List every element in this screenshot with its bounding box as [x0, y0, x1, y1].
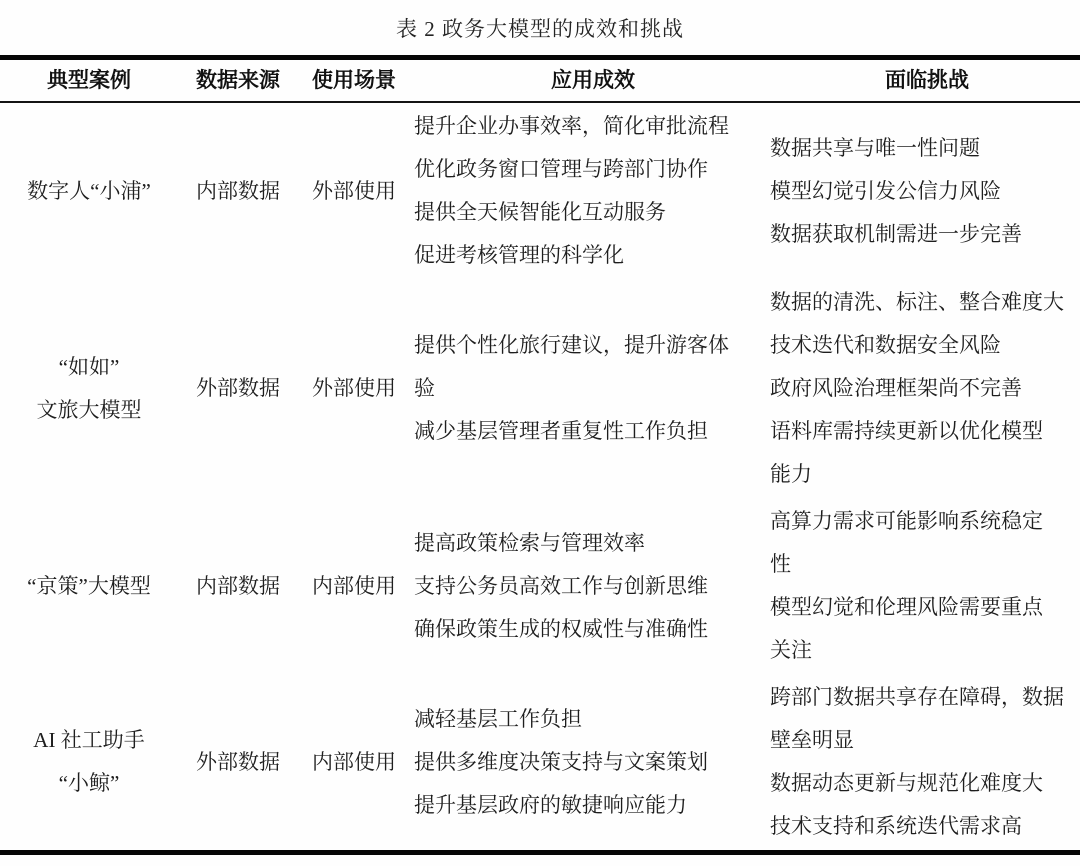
- cell-data-source: 内部数据: [178, 105, 298, 277]
- column-header-source: 数据来源: [178, 65, 298, 95]
- text-line: 性: [770, 543, 1080, 586]
- text-line: 文旅大模型: [0, 389, 178, 432]
- table-row: 数字人“小浦”内部数据外部使用提升企业办事效率，简化审批流程优化政务窗口管理与跨…: [0, 103, 1080, 279]
- text-line: 内部使用: [298, 741, 410, 784]
- column-header-scene: 使用场景: [298, 65, 410, 95]
- table-body: 数字人“小浦”内部数据外部使用提升企业办事效率，简化审批流程优化政务窗口管理与跨…: [0, 103, 1080, 850]
- text-line: 提供全天候智能化互动服务: [414, 191, 768, 234]
- cell-usage-scenario: 外部使用: [298, 281, 410, 496]
- cell-typical-case: AI 社工助手“小鲸”: [0, 676, 178, 848]
- text-line: 提供多维度决策支持与文案策划: [414, 741, 768, 784]
- text-line: “如如”: [0, 346, 178, 389]
- text-line: 确保政策生成的权威性与准确性: [414, 608, 768, 651]
- text-line: 外部使用: [298, 170, 410, 213]
- text-line: 能力: [770, 453, 1080, 496]
- text-line: 跨部门数据共享存在障碍，数据: [770, 676, 1080, 719]
- text-line: 模型幻觉引发公信力风险: [770, 170, 1080, 213]
- text-line: 支持公务员高效工作与创新思维: [414, 565, 768, 608]
- text-line: 数据的清洗、标注、整合难度大: [770, 281, 1080, 324]
- cell-typical-case: “京策”大模型: [0, 500, 178, 672]
- text-line: 技术迭代和数据安全风险: [770, 324, 1080, 367]
- cell-application-effects: 减轻基层工作负担提供多维度决策支持与文案策划提升基层政府的敏捷响应能力: [410, 676, 768, 848]
- column-header-challenges: 面临挑战: [772, 65, 1080, 95]
- cell-data-source: 外部数据: [178, 676, 298, 848]
- text-line: 外部数据: [178, 741, 298, 784]
- cell-application-effects: 提高政策检索与管理效率支持公务员高效工作与创新思维确保政策生成的权威性与准确性: [410, 500, 768, 672]
- cell-typical-case: 数字人“小浦”: [0, 105, 178, 277]
- column-header-effects: 应用成效: [410, 65, 772, 95]
- cell-challenges: 数据的清洗、标注、整合难度大技术迭代和数据安全风险政府风险治理框架尚不完善语料库…: [768, 281, 1080, 496]
- text-line: 语料库需持续更新以优化模型: [770, 410, 1080, 453]
- cell-data-source: 内部数据: [178, 500, 298, 672]
- text-line: 内部数据: [178, 565, 298, 608]
- text-line: 外部数据: [178, 367, 298, 410]
- text-line: 壁垒明显: [770, 719, 1080, 762]
- text-line: “小鲸”: [0, 762, 178, 805]
- cell-challenges: 跨部门数据共享存在障碍，数据壁垒明显数据动态更新与规范化难度大技术支持和系统迭代…: [768, 676, 1080, 848]
- table-title: 表 2 政务大模型的成效和挑战: [0, 0, 1080, 55]
- text-line: 验: [414, 367, 768, 410]
- text-line: 内部数据: [178, 170, 298, 213]
- text-line: 关注: [770, 629, 1080, 672]
- text-line: 数据获取机制需进一步完善: [770, 213, 1080, 256]
- cell-typical-case: “如如”文旅大模型: [0, 281, 178, 496]
- data-table: 典型案例数据来源使用场景应用成效面临挑战 数字人“小浦”内部数据外部使用提升企业…: [0, 55, 1080, 855]
- header-row: 典型案例数据来源使用场景应用成效面临挑战: [0, 60, 1080, 103]
- text-line: 政府风险治理框架尚不完善: [770, 367, 1080, 410]
- text-line: 优化政务窗口管理与跨部门协作: [414, 148, 768, 191]
- document-page: 表 2 政务大模型的成效和挑战 典型案例数据来源使用场景应用成效面临挑战 数字人…: [0, 0, 1080, 866]
- cell-challenges: 高算力需求可能影响系统稳定性模型幻觉和伦理风险需要重点关注: [768, 500, 1080, 672]
- text-line: 高算力需求可能影响系统稳定: [770, 500, 1080, 543]
- text-line: 模型幻觉和伦理风险需要重点: [770, 586, 1080, 629]
- table-row: AI 社工助手“小鲸”外部数据内部使用减轻基层工作负担提供多维度决策支持与文案策…: [0, 674, 1080, 850]
- text-line: 提升企业办事效率，简化审批流程: [414, 105, 768, 148]
- text-line: 促进考核管理的科学化: [414, 234, 768, 277]
- text-line: 数据共享与唯一性问题: [770, 127, 1080, 170]
- cell-application-effects: 提升企业办事效率，简化审批流程优化政务窗口管理与跨部门协作提供全天候智能化互动服…: [410, 105, 768, 277]
- text-line: “京策”大模型: [0, 565, 178, 608]
- text-line: 外部使用: [298, 367, 410, 410]
- text-line: 提高政策检索与管理效率: [414, 522, 768, 565]
- text-line: 数据动态更新与规范化难度大: [770, 762, 1080, 805]
- text-line: 提供个性化旅行建议，提升游客体: [414, 324, 768, 367]
- cell-usage-scenario: 内部使用: [298, 676, 410, 848]
- table-row: “如如”文旅大模型外部数据外部使用提供个性化旅行建议，提升游客体验减少基层管理者…: [0, 279, 1080, 498]
- text-line: 内部使用: [298, 565, 410, 608]
- text-line: 数字人“小浦”: [0, 170, 178, 213]
- cell-application-effects: 提供个性化旅行建议，提升游客体验减少基层管理者重复性工作负担: [410, 281, 768, 496]
- cell-data-source: 外部数据: [178, 281, 298, 496]
- text-line: 减轻基层工作负担: [414, 698, 768, 741]
- text-line: 技术支持和系统迭代需求高: [770, 805, 1080, 848]
- cell-usage-scenario: 外部使用: [298, 105, 410, 277]
- text-line: 减少基层管理者重复性工作负担: [414, 410, 768, 453]
- table-row: “京策”大模型内部数据内部使用提高政策检索与管理效率支持公务员高效工作与创新思维…: [0, 498, 1080, 674]
- text-line: AI 社工助手: [0, 719, 178, 762]
- cell-challenges: 数据共享与唯一性问题模型幻觉引发公信力风险数据获取机制需进一步完善: [768, 105, 1080, 277]
- text-line: 提升基层政府的敏捷响应能力: [414, 784, 768, 827]
- cell-usage-scenario: 内部使用: [298, 500, 410, 672]
- column-header-case: 典型案例: [0, 65, 178, 95]
